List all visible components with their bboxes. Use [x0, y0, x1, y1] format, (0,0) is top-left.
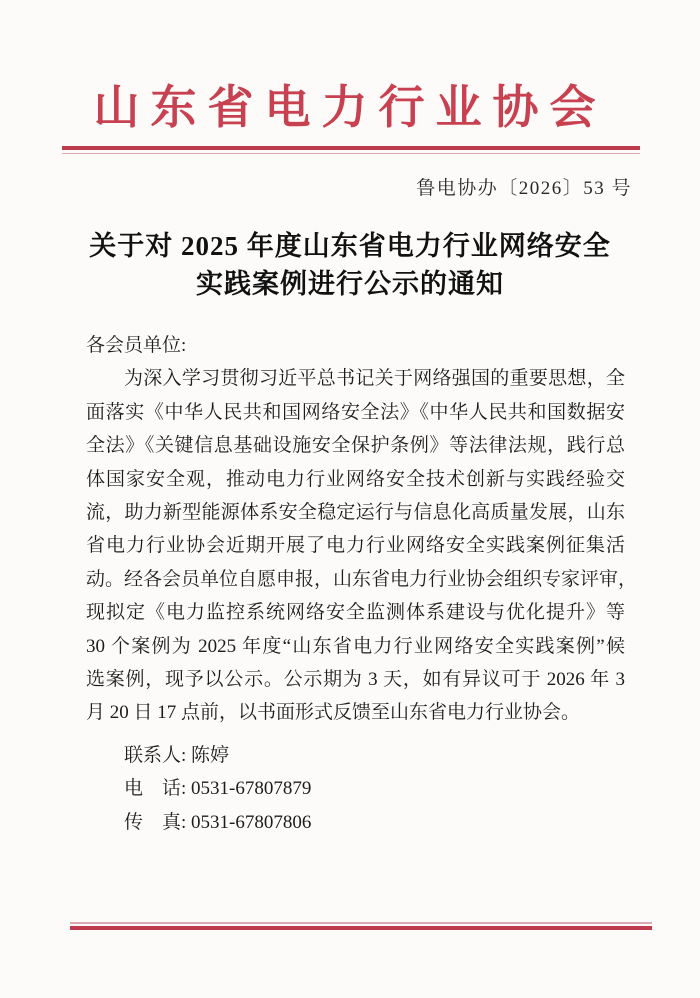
body-line: 月 20 日 17 点前，以书面形式反馈至山东省电力行业协会。 — [86, 696, 625, 729]
footer-rule — [70, 922, 652, 930]
body-line: 体国家安全观，推动电力行业网络安全技术创新与实践经验交 — [86, 463, 625, 496]
footer-rule-thick — [70, 926, 652, 930]
body-line: 流，助力新型能源体系安全稳定运行与信息化高质量发展，山东 — [86, 496, 625, 529]
notice-title: 关于对 2025 年度山东省电力行业网络安全 实践案例进行公示的通知 — [0, 228, 700, 303]
notice-title-line-1: 关于对 2025 年度山东省电力行业网络安全 — [0, 228, 700, 266]
header-rule-thick — [62, 146, 640, 150]
salutation: 各会员单位: — [86, 329, 625, 362]
body-line: 现拟定《电力监控系统网络安全监测体系建设与优化提升》等 — [86, 596, 625, 629]
body-line: 选案例，现予以公示。公示期为 3 天，如有异议可于 2026 年 3 — [86, 663, 625, 696]
body-line: 面落实《中华人民共和国网络安全法》《中华人民共和国数据安 — [86, 396, 625, 429]
footer-rule-thin — [70, 922, 652, 924]
body-line: 30 个案例为 2025 年度“山东省电力行业网络安全实践案例”候 — [86, 630, 625, 663]
header-rule-thin — [62, 153, 640, 155]
body-paragraph: 为深入学习贯彻习近平总书记关于网络强国的重要思想，全面落实《中华人民共和国网络安… — [86, 362, 625, 729]
contact-line: 传 真: 0531-67807806 — [86, 806, 625, 839]
doc-number: 鲁电协办〔2026〕53 号 — [416, 173, 632, 200]
contact-line: 联系人: 陈婷 — [86, 739, 625, 772]
org-name-header: 山东省电力行业协会 — [0, 82, 700, 134]
header-rule — [62, 146, 640, 154]
body-line: 全法》《关键信息基础设施安全保护条例》等法律法规，践行总 — [86, 429, 625, 462]
body-line: 省电力行业协会近期开展了电力行业网络安全实践案例征集活 — [86, 529, 625, 562]
contact-line: 电 话: 0531-67807879 — [86, 772, 625, 805]
body-line: 动。经各会员单位自愿申报，山东省电力行业协会组织专家评审， — [86, 563, 625, 596]
document-body: 各会员单位: 为深入学习贯彻习近平总书记关于网络强国的重要思想，全面落实《中华人… — [86, 329, 625, 839]
document-page: 山东省电力行业协会 鲁电协办〔2026〕53 号 关于对 2025 年度山东省电… — [0, 0, 700, 998]
notice-title-line-2: 实践案例进行公示的通知 — [0, 266, 700, 304]
body-line: 为深入学习贯彻习近平总书记关于网络强国的重要思想，全 — [86, 362, 625, 395]
contact-block: 联系人: 陈婷电 话: 0531-67807879传 真: 0531-67807… — [86, 739, 625, 839]
